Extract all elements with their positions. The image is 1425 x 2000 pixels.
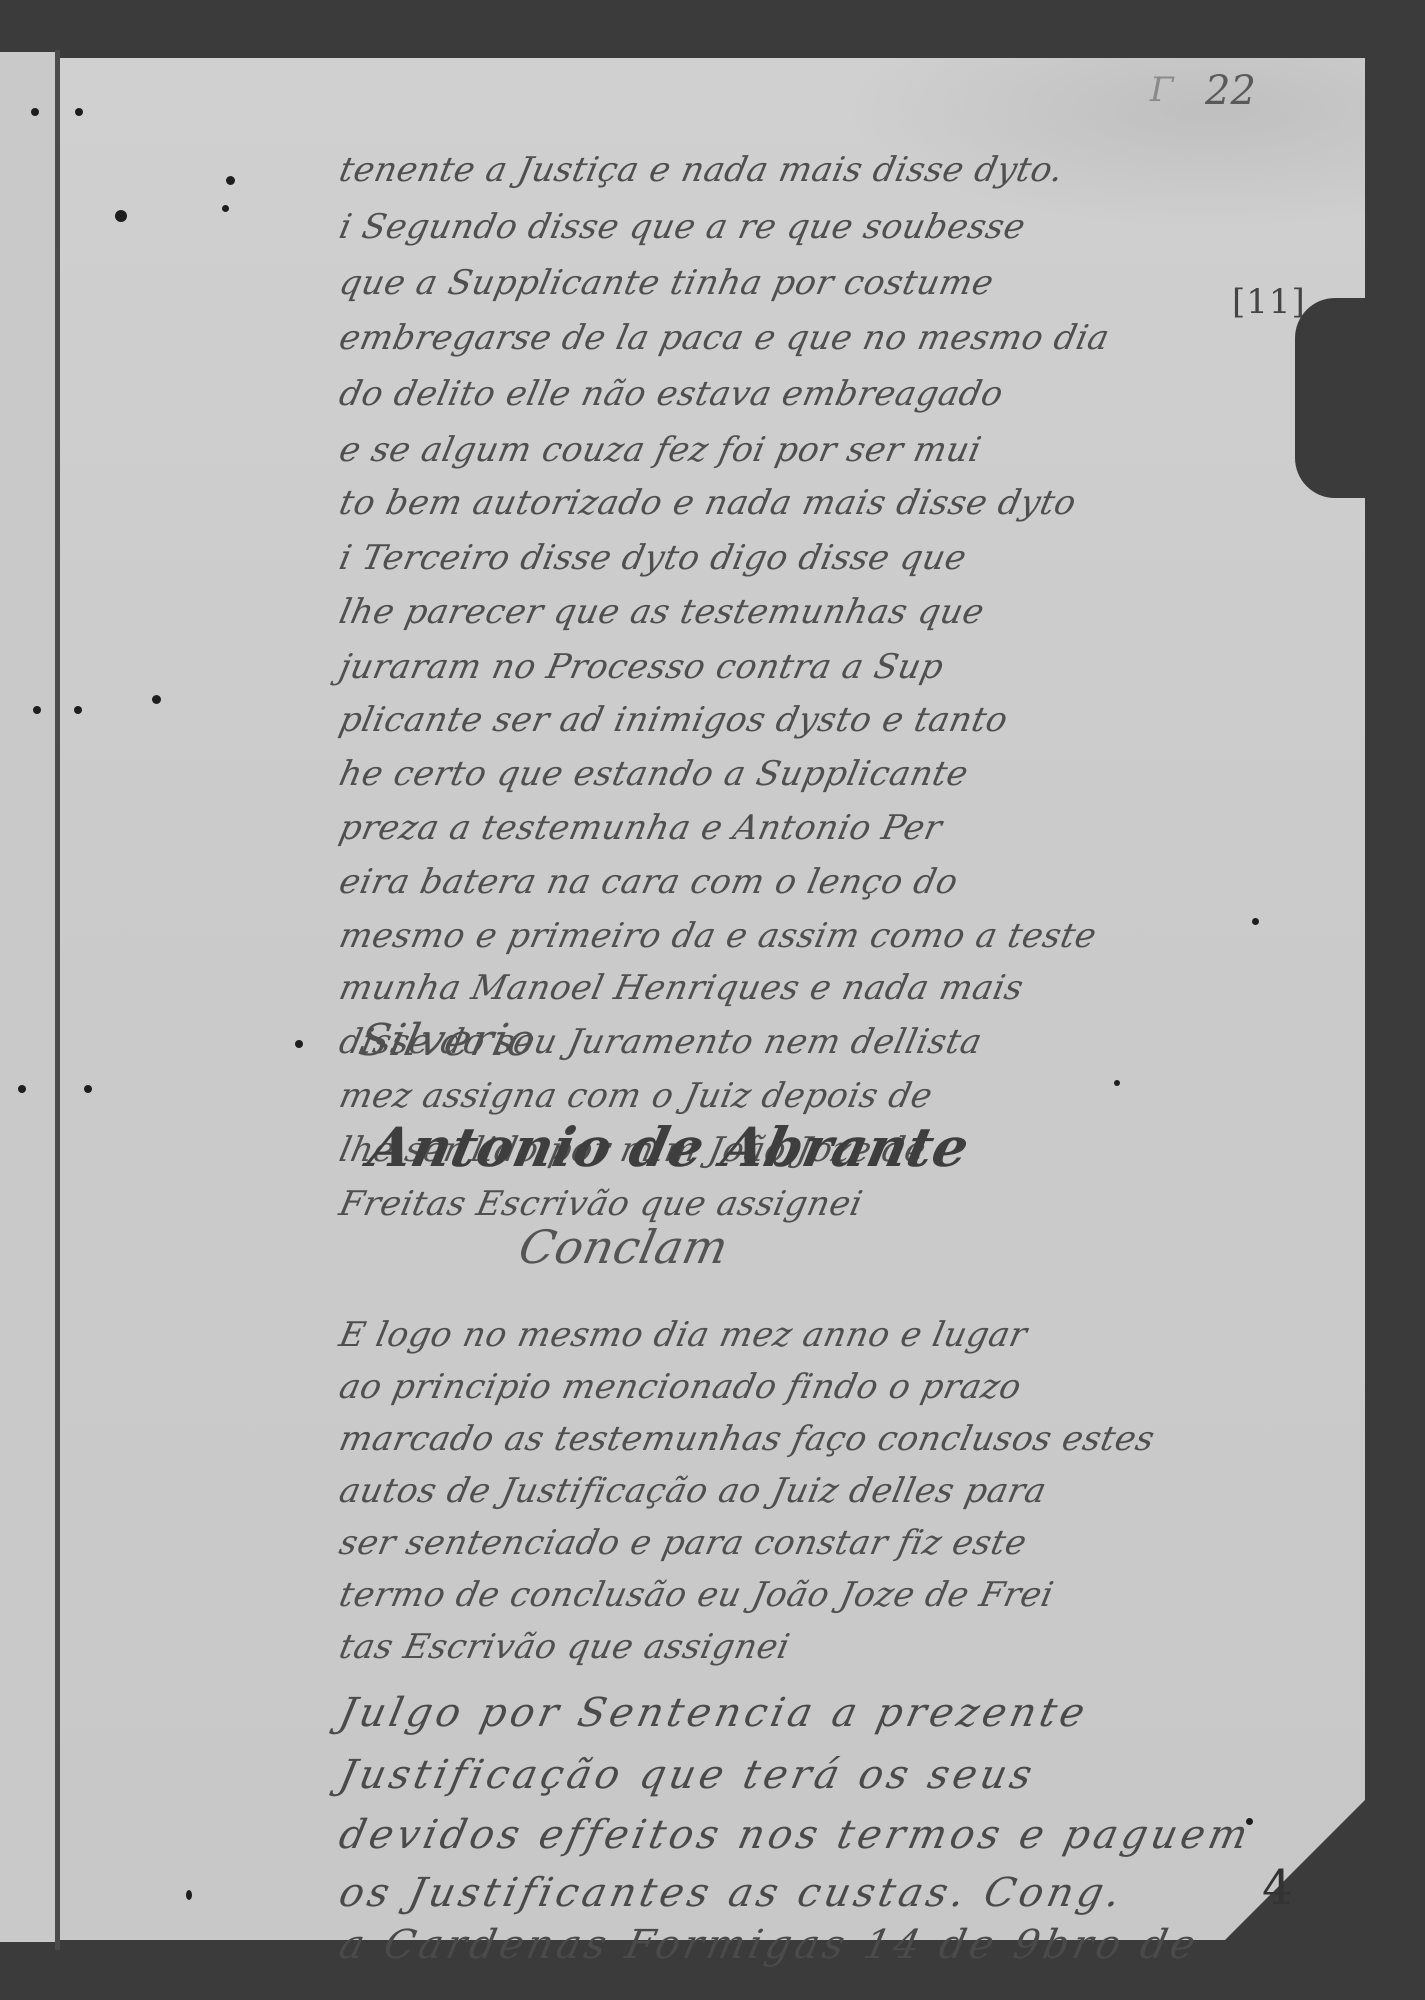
text-line: juraram no Processo contra a Sup xyxy=(336,647,948,687)
ink-speck xyxy=(186,1890,192,1900)
folio-number: 22 xyxy=(1205,68,1256,114)
ink-speck xyxy=(31,108,39,116)
pencil-mark: Γ xyxy=(1150,70,1174,110)
ink-speck xyxy=(295,1040,303,1048)
ink-speck xyxy=(75,108,83,116)
ink-speck xyxy=(1246,1818,1253,1825)
text-line: i Segundo disse que a re que soubesse xyxy=(336,207,1029,247)
ink-speck xyxy=(74,706,82,714)
text-line: munha Manoel Henriques e nada mais xyxy=(336,968,1027,1008)
text-line: e se algum couza fez foi por ser mui xyxy=(336,430,985,470)
ink-speck xyxy=(33,706,41,714)
ink-speck xyxy=(152,695,161,704)
signature-second: Antonio de Abrante xyxy=(363,1115,975,1179)
text-line: autos de Justificação ao Juiz delles par… xyxy=(336,1471,1050,1511)
text-line: tenente a Justiça e nada mais disse dyto… xyxy=(336,150,1067,190)
ink-speck xyxy=(1252,918,1259,925)
archive-folio-bracket: [11] xyxy=(1232,282,1306,322)
text-line: Justificação que terá os seus xyxy=(335,1752,1040,1798)
text-line: plicante ser ad inimigos dysto e tanto xyxy=(336,700,1012,740)
signature-first: Silverio xyxy=(355,1015,541,1066)
text-line: embregarse de la paca e que no mesmo dia xyxy=(336,318,1113,358)
text-line: tas Escrivão que assignei xyxy=(336,1627,794,1667)
text-line: ser sentenciado e para constar fiz este xyxy=(336,1523,1031,1563)
text-line: devidos effeitos nos termos e paguem xyxy=(335,1812,1256,1858)
text-line: que a Supplicante tinha por costume xyxy=(336,263,998,303)
ink-speck xyxy=(226,176,235,185)
text-line: Julgo por Sentencia a prezente xyxy=(335,1690,1093,1736)
ink-speck xyxy=(115,210,127,222)
text-line: os Justificantes as custas. Cong. xyxy=(335,1870,1128,1916)
ink-speck xyxy=(18,1085,26,1093)
text-line: a Cardenas Formigas 14 de 9bro de xyxy=(335,1922,1203,1968)
text-line: preza a testemunha e Antonio Per xyxy=(336,808,946,848)
text-line: do delito elle não estava embreagado xyxy=(336,374,1007,414)
ink-speck xyxy=(1114,1080,1120,1086)
text-line: i Terceiro disse dyto digo disse que xyxy=(336,538,970,578)
text-line: mesmo e primeiro da e assim como a teste xyxy=(336,916,1100,956)
text-line: ao principio mencionado findo o prazo xyxy=(336,1367,1025,1407)
text-line: E logo no mesmo dia mez anno e lugar xyxy=(336,1315,1031,1355)
paper-stain xyxy=(845,58,1365,228)
text-line: he certo que estando a Supplicante xyxy=(336,754,972,794)
section-heading: Conclam xyxy=(514,1220,733,1274)
text-line: termo de conclusão eu João Joze de Frei xyxy=(336,1575,1057,1615)
text-line: Freitas Escrivão que assignei xyxy=(336,1184,867,1224)
text-line: marcado as testemunhas faço conclusos es… xyxy=(336,1419,1159,1459)
text-line: lhe parecer que as testemunhas que xyxy=(336,592,988,632)
text-line: mez assigna com o Juiz depois de xyxy=(336,1076,936,1116)
ink-speck xyxy=(222,205,229,212)
ink-speck xyxy=(84,1085,92,1093)
text-line: eira batera na cara com o lenço do xyxy=(336,862,962,902)
bottom-corner-mark: 4 xyxy=(1262,1860,1293,1916)
text-line: to bem autorizado e nada mais disse dyto xyxy=(336,483,1080,523)
adjacent-left-page xyxy=(0,52,56,1942)
